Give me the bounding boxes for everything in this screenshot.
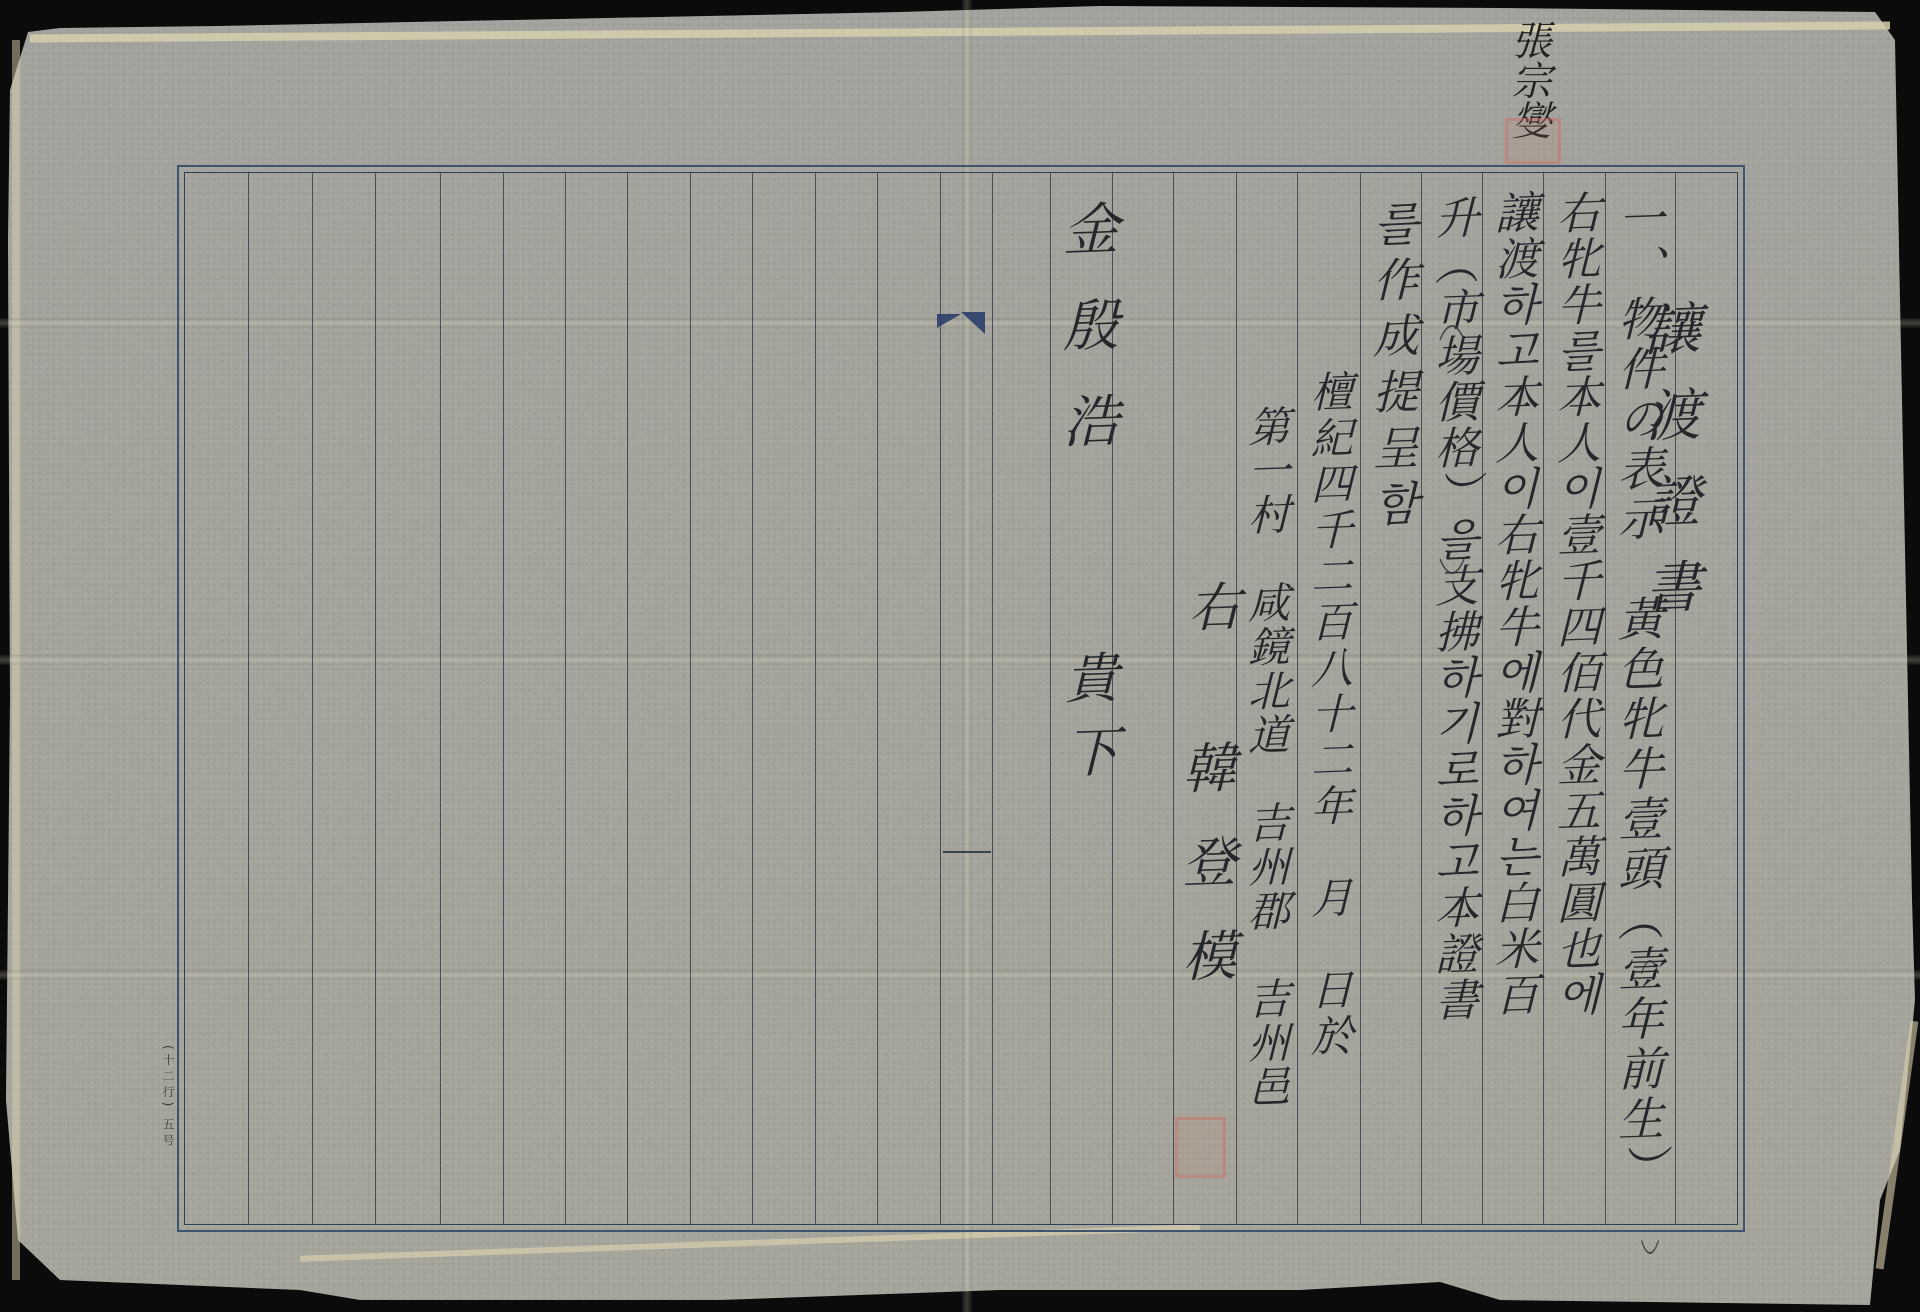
column-rule <box>503 173 504 1224</box>
column-rule <box>1297 173 1298 1224</box>
fold-marker-icon <box>961 312 985 334</box>
bracket-arc <box>1628 960 1672 1254</box>
column-rule <box>375 173 376 1224</box>
seal-top <box>1505 118 1561 164</box>
recipient-name: 金殷浩 <box>1058 199 1114 489</box>
signer-name: 韓登模 <box>1178 739 1232 1023</box>
seal-signer <box>1175 1117 1226 1178</box>
recipient-honorific: 貴下 <box>1060 649 1114 799</box>
paper-spec-note: (十二行) 五号 <box>160 1045 177 1150</box>
column-rule <box>1050 173 1051 1224</box>
bracket-arc <box>1425 325 1479 574</box>
column-rule <box>1360 173 1361 1224</box>
column-rule <box>1173 173 1174 1224</box>
fold-marker-icon <box>937 314 961 328</box>
column-rule <box>992 173 993 1224</box>
signer-label: 右 <box>1183 579 1235 647</box>
doc-line-4: 升（市場價格）을支拂하기로하고本證書 <box>1430 194 1474 1024</box>
doc-line-3: 讓渡하고本人이右牝牛에對하여는白米百 <box>1490 189 1534 1019</box>
column-rule <box>440 173 441 1224</box>
column-rule <box>1421 173 1422 1224</box>
doc-line-address: 第一村 咸鏡北道 吉州郡 吉州邑 <box>1245 404 1287 1109</box>
column-rule <box>1482 173 1483 1224</box>
column-rule <box>815 173 816 1224</box>
column-rule <box>940 173 941 1224</box>
column-rule <box>565 173 566 1224</box>
column-rule <box>877 173 878 1224</box>
column-rule <box>1605 173 1606 1224</box>
column-rule <box>1236 173 1237 1224</box>
column-rule <box>312 173 313 1224</box>
doc-line-2: 右牝牛를本人이壹千四佰代金五萬圓也에 <box>1552 189 1596 1019</box>
column-rule <box>1543 173 1544 1224</box>
doc-line-5: 를作成提呈함 <box>1370 199 1416 537</box>
doc-line-date: 檀紀四千二百八十二年 月 日於 <box>1308 369 1350 1060</box>
column-rule <box>627 173 628 1224</box>
column-rule <box>752 173 753 1224</box>
column-rule <box>690 173 691 1224</box>
column-rule <box>248 173 249 1224</box>
center-tick-mark <box>943 851 991 853</box>
